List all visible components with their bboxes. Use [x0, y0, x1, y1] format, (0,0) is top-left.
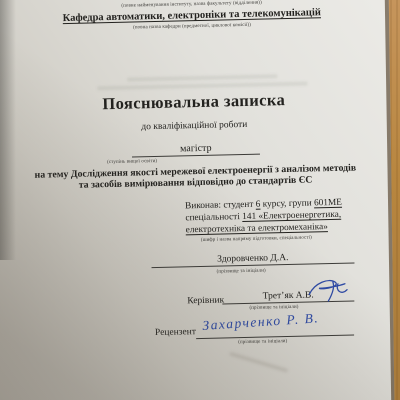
executor-spec-code: 141 «Електроенергетика, — [242, 210, 341, 222]
executor-name-caption: (прізвище та ініціали) — [217, 269, 266, 275]
supervisor-label: Керівник — [187, 295, 224, 306]
paper-crease — [230, 352, 288, 372]
executor-mid: курсу, групи — [260, 198, 314, 209]
executor-name: Здоровченко Д.А. — [217, 253, 288, 265]
degree-value: магістр — [180, 143, 212, 155]
executor-line-3: електротехніка та електромеханіка» — [186, 222, 328, 235]
degree-field: магістр — [132, 142, 260, 158]
executor-group: 601МЕ — [314, 198, 342, 209]
executor-prefix: Виконав: студент — [185, 200, 256, 212]
reviewer-label: Рецензент — [155, 327, 196, 338]
page-content: (повне найменування інституту, назва фак… — [0, 0, 400, 400]
document-title: Пояснювальна записка — [0, 88, 390, 117]
executor-spec-caption: (шифр і назва напряму підготовки, спеціа… — [201, 235, 312, 243]
photo-of-document: { "colors": { "paper": "#dedcd6", "wood"… — [0, 0, 400, 400]
document-subtitle: до кваліфікаційної роботи — [0, 117, 390, 136]
executor-name-field: Здоровченко Д.А. — [151, 252, 354, 269]
reviewer-name-caption: (прізвище та ініціали) — [238, 339, 287, 345]
bleed-through-text — [127, 74, 277, 81]
document-page: (повне найменування інституту, назва фак… — [0, 0, 400, 400]
supervisor-signature — [305, 276, 354, 303]
bleed-through-text — [97, 82, 307, 91]
executor-spec-label: спеціальності — [185, 212, 242, 223]
executor-line-2: спеціальності 141 «Електроенергетика, — [185, 210, 341, 224]
supervisor-name-caption: (прізвище та ініціали) — [249, 305, 298, 311]
